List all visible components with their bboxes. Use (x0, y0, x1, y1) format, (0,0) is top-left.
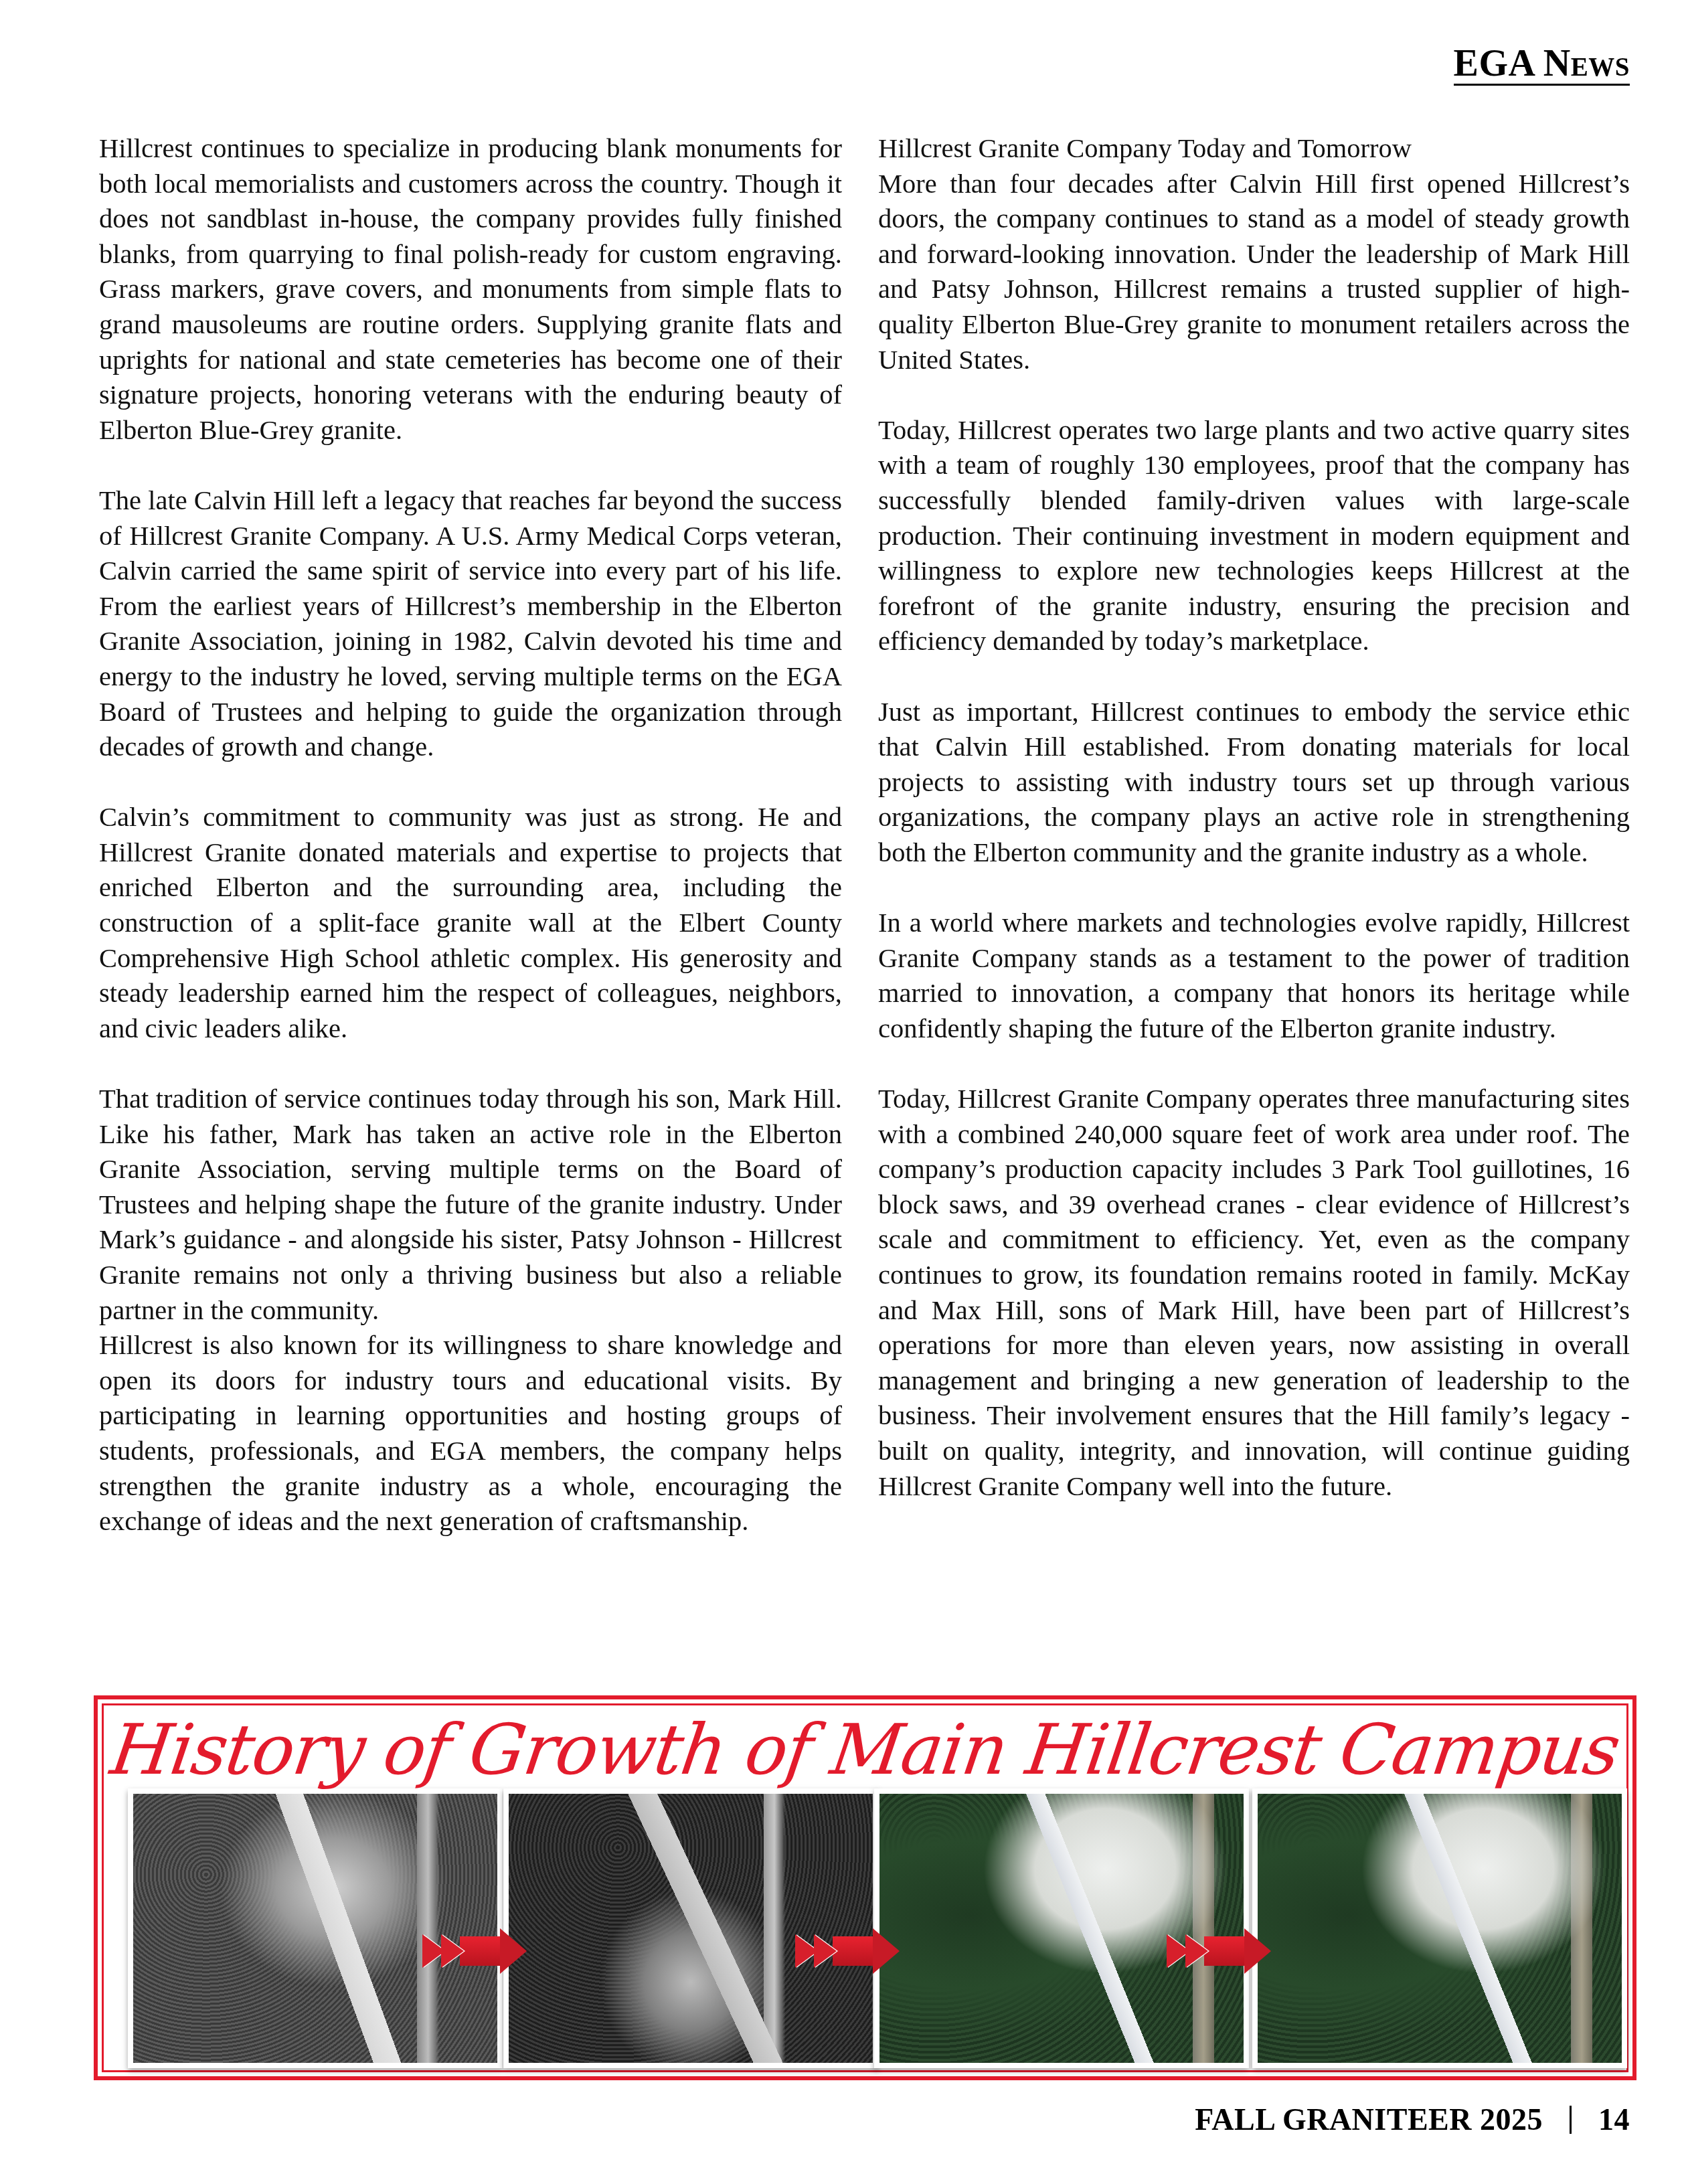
aerial-photo-3 (874, 1788, 1249, 2068)
paragraph: Calvin’s commitment to community was jus… (99, 800, 842, 1046)
red-chevron-arrow-icon (795, 1934, 900, 1968)
page-footer: FALL GRANITEER 2025 14 (1195, 2102, 1630, 2137)
subheading: Hillcrest Granite Company Today and Tomo… (878, 131, 1630, 167)
left-column: Hillcrest continues to specialize in pro… (99, 131, 842, 1539)
aerial-image (879, 1794, 1244, 2063)
aerial-image (133, 1794, 497, 2063)
aerial-image (1258, 1794, 1622, 2063)
aerial-photo-4 (1252, 1788, 1627, 2068)
issue-label: FALL GRANITEER 2025 (1195, 2102, 1543, 2137)
paragraph: Today, Hillcrest operates two large plan… (878, 413, 1630, 659)
paragraph: Just as important, Hillcrest continues t… (878, 695, 1630, 871)
aerial-photo-2 (503, 1788, 878, 2068)
panel-title: History of Growth of Main Hillcrest Camp… (99, 1715, 1632, 1784)
panel-inner-border: History of Growth of Main Hillcrest Camp… (102, 1703, 1628, 2072)
footer-separator (1570, 2106, 1572, 2134)
red-chevron-arrow-icon (1167, 1934, 1271, 1968)
paragraph: The late Calvin Hill left a legacy that … (99, 483, 842, 765)
paragraph: Hillcrest continues to specialize in pro… (99, 131, 842, 448)
growth-history-panel: History of Growth of Main Hillcrest Camp… (94, 1695, 1636, 2080)
paragraph: Today, Hillcrest Granite Company operate… (878, 1082, 1630, 1504)
paragraph: That tradition of service continues toda… (99, 1082, 842, 1328)
paragraph: More than four decades after Calvin Hill… (878, 167, 1630, 378)
magazine-page: EGA News Hillcrest continues to speciali… (0, 0, 1682, 2184)
red-chevron-arrow-icon (422, 1934, 527, 1968)
paragraph: Hillcrest is also known for its willingn… (99, 1328, 842, 1539)
aerial-photo-1 (128, 1788, 503, 2068)
aerial-image (509, 1794, 873, 2063)
page-number: 14 (1598, 2102, 1630, 2137)
right-column: Hillcrest Granite Company Today and Tomo… (878, 131, 1630, 1504)
section-header: EGA News (1454, 44, 1630, 86)
paragraph: In a world where markets and technologie… (878, 906, 1630, 1046)
